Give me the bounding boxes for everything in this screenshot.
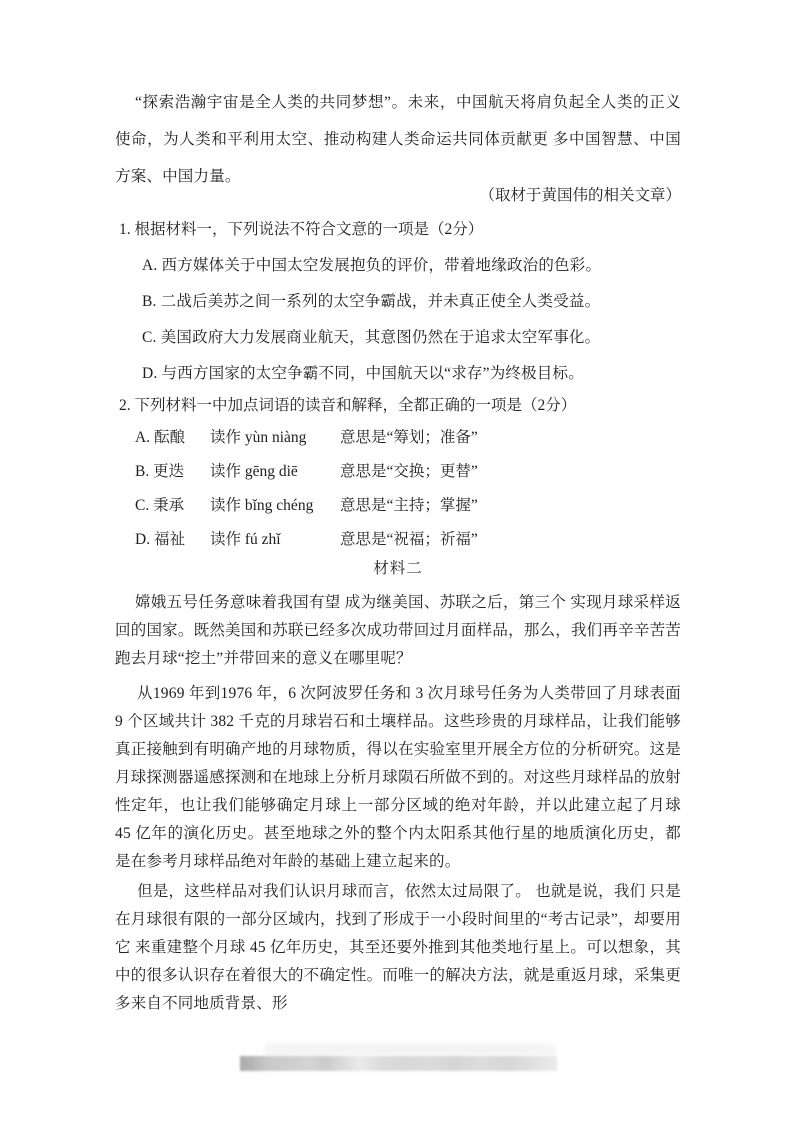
question-2-option-b: B. 更迭 读作 gēng diē 意思是“交换；更替”	[115, 455, 681, 489]
option-reading: 读作 fú zhǐ	[210, 523, 340, 557]
option-meaning: 意思是“祝福；祈福”	[340, 523, 681, 557]
material-2-paragraph-1: 嫦娥五号任务意味着我国有望 成为继美国、苏联之后，第三个 实现月球采样返回的国家…	[115, 589, 681, 673]
material-2-paragraph-2: 从1969 年到1976 年，6 次阿波罗任务和 3 次月球号任务为人类带回了月…	[115, 680, 681, 876]
option-word: D. 福祉	[135, 523, 210, 557]
option-word: A. 酝酿	[135, 421, 210, 455]
exam-page: “探索浩瀚宇宙是全人类的共同梦想”。未来，中国航天将肩负起全人类的正义使命，为人…	[0, 0, 793, 1122]
question-2: 2. 下列材料一中加点词语的读音和解释，全都正确的一项是（2分） A. 酝酿 读…	[115, 391, 681, 557]
question-1-options: A. 西方媒体关于中国太空发展抱负的评价，带着地缘政治的色彩。 B. 二战后美苏…	[115, 248, 681, 392]
material1-closing-paragraph: “探索浩瀚宇宙是全人类的共同梦想”。未来，中国航天将肩负起全人类的正义使命，为人…	[115, 84, 681, 195]
option-word: C. 秉承	[135, 489, 210, 523]
question-1-option-d: D. 与西方国家的太空争霸不同，中国航天以“求存”为终极目标。	[115, 356, 681, 392]
question-1-option-b: B. 二战后美苏之间一系列的太空争霸战，并未真正使全人类受益。	[115, 284, 681, 320]
question-1-option-c: C. 美国政府大力发展商业航天，其意图仍然在于追求太空军事化。	[115, 320, 681, 356]
option-reading: 读作 gēng diē	[210, 455, 340, 489]
question-2-option-c: C. 秉承 读作 bǐng chéng 意思是“主持；掌握”	[115, 489, 681, 523]
question-1-option-a: A. 西方媒体关于中国太空发展抱负的评价，带着地缘政治的色彩。	[115, 248, 681, 284]
question-1-stem: 1. 根据材料一，下列说法不符合文意的一项是（2分）	[115, 215, 681, 245]
page-content: “探索浩瀚宇宙是全人类的共同梦想”。未来，中国航天将肩负起全人类的正义使命，为人…	[115, 84, 681, 1018]
question-1: 1. 根据材料一，下列说法不符合文意的一项是（2分） A. 西方媒体关于中国太空…	[115, 215, 681, 392]
watermark-haze	[265, 1044, 555, 1056]
question-2-option-d: D. 福祉 读作 fú zhǐ 意思是“祝福；祈福”	[115, 523, 681, 557]
option-meaning: 意思是“筹划；准备”	[340, 421, 681, 455]
material-2-heading: 材料二	[115, 555, 681, 583]
question-2-option-a: A. 酝酿 读作 yùn niàng 意思是“筹划；准备”	[115, 421, 681, 455]
question-2-options: A. 酝酿 读作 yùn niàng 意思是“筹划；准备” B. 更迭 读作 g…	[115, 421, 681, 557]
material-2: 材料二 嫦娥五号任务意味着我国有望 成为继美国、苏联之后，第三个 实现月球采样返…	[115, 555, 681, 1018]
option-meaning: 意思是“主持；掌握”	[340, 489, 681, 523]
option-reading: 读作 yùn niàng	[210, 421, 340, 455]
material-2-paragraph-3: 但是，这些样品对我们认识月球而言，依然太过局限了。 也就是说，我们 只是在月球很…	[115, 878, 681, 1018]
option-meaning: 意思是“交换；更替”	[340, 455, 681, 489]
option-reading: 读作 bǐng chéng	[210, 489, 340, 523]
question-2-stem: 2. 下列材料一中加点词语的读音和解释，全都正确的一项是（2分）	[115, 391, 681, 421]
watermark-bar	[240, 1056, 557, 1071]
option-word: B. 更迭	[135, 455, 210, 489]
